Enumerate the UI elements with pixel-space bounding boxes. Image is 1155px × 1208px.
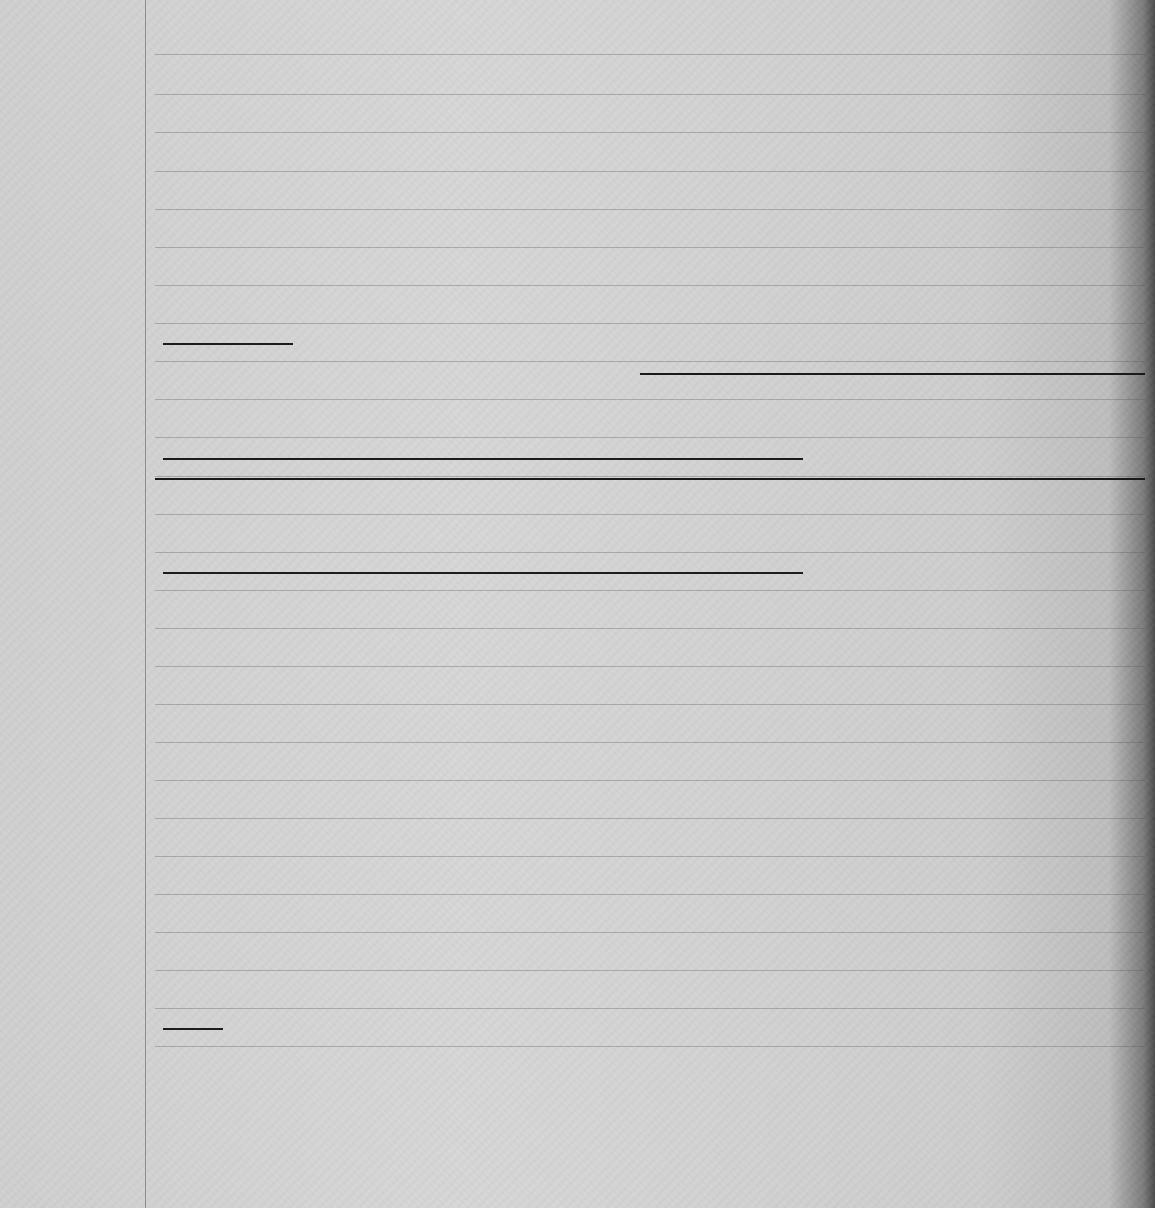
line-fill [163,572,803,574]
text-line [155,742,1145,781]
section-divider [640,373,1145,375]
text-line [155,247,1145,286]
margin-rule [145,0,146,1208]
line-fill [163,458,803,460]
text-line [155,514,1145,553]
text-line [155,171,1145,210]
line-fill [163,343,293,345]
text-line [155,590,1145,629]
text-line [155,323,1145,362]
text-line [155,476,1145,515]
text-line [155,438,1145,477]
section-divider [155,478,1145,480]
text-line [155,361,1145,400]
text-line [155,894,1145,933]
text-line [155,209,1145,248]
text-line [155,666,1145,705]
line-fill [163,1028,223,1030]
text-line [155,970,1145,1009]
text-line [155,94,1145,133]
text-line [155,856,1145,895]
text-line [155,1008,1145,1047]
text-line [155,552,1145,591]
text-line [155,818,1145,857]
text-line [155,133,1145,172]
text-line [155,16,1145,55]
text-line [155,932,1145,971]
text-line [155,628,1145,667]
text-line [155,56,1145,95]
text-line [155,780,1145,819]
text-line [155,399,1145,438]
register-page [0,0,1155,1208]
text-line [155,285,1145,324]
text-line [155,704,1145,743]
